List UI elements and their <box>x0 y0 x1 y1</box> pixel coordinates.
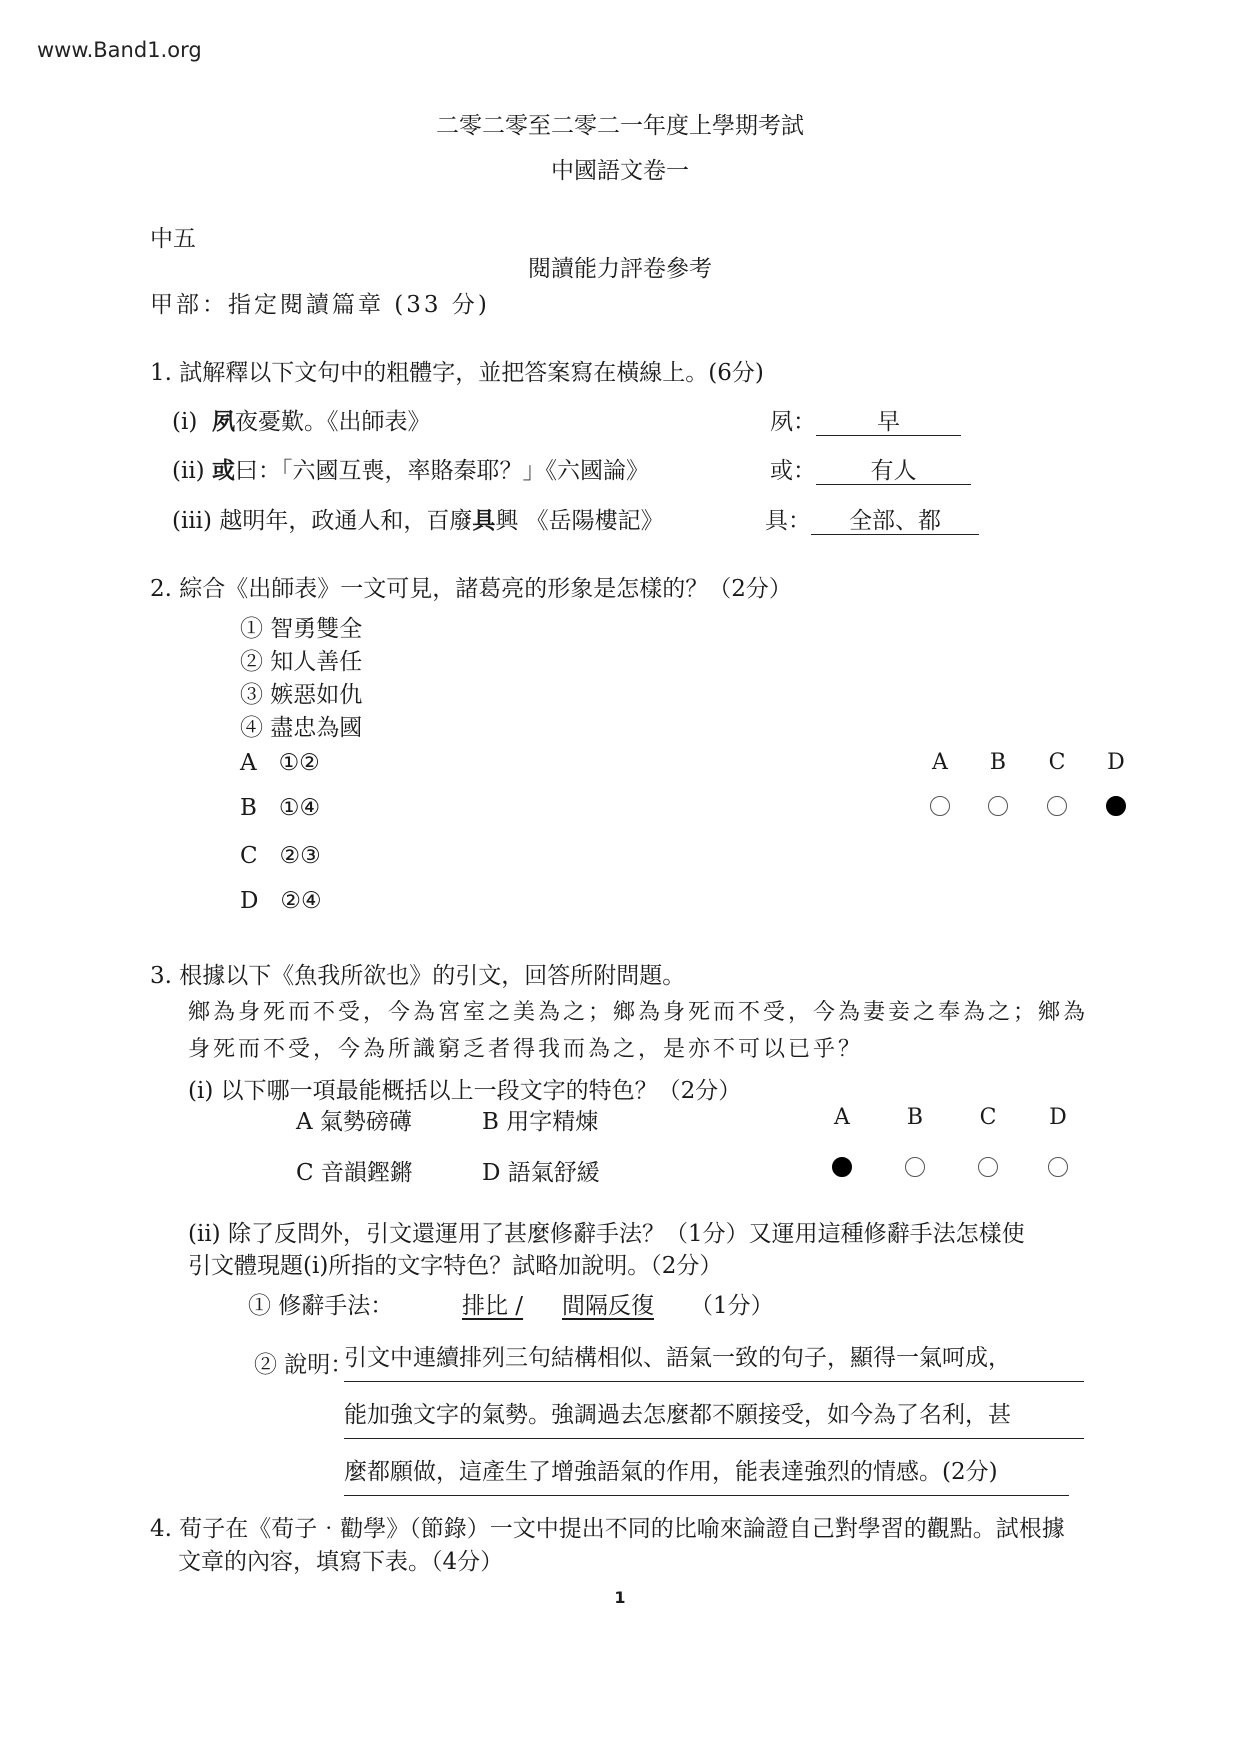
sentence: 曰：「六國互喪，率賂秦耶？」《六國論》 <box>235 458 649 484</box>
q2-bubble-c[interactable] <box>1047 796 1067 816</box>
item-number: (iii) <box>172 508 212 534</box>
q3i-bubble-label-d: D <box>1048 1105 1068 1130</box>
grade-label: 中五 <box>150 220 196 253</box>
answer-blank[interactable]: 早 <box>816 409 961 436</box>
q2-bubble-a[interactable] <box>930 796 950 816</box>
explanation-line-2: 能加強文字的氣勢。強調過去怎麼都不願接受，如今為了名利，甚 <box>344 1392 1084 1439</box>
bold-char: 夙 <box>212 408 235 435</box>
option-text: ②③ <box>280 843 321 869</box>
q3ii-technique-answer-1: 排比 / <box>462 1287 523 1320</box>
answer-label: 夙： <box>770 409 816 435</box>
q1-answer-3: 具：全部、都 <box>765 502 979 535</box>
q2-bubble-b[interactable] <box>988 796 1008 816</box>
q3i-option-c: C 音韻鏗鏘 <box>296 1154 413 1187</box>
q3i-option-d: D 語氣舒緩 <box>482 1154 600 1187</box>
q2-option-a: A ①② <box>240 750 320 776</box>
bold-char: 具 <box>472 507 495 534</box>
option-letter: B <box>240 795 257 821</box>
q2-bubble-label-d: D <box>1106 750 1126 775</box>
item-number: (i) <box>172 409 197 435</box>
q3-quote-line-1: 鄉為身死而不受，今為宮室之美為之；鄉為身死而不受，今為妻妾之奉為之；鄉為 <box>188 995 1088 1026</box>
answer-blank[interactable]: 有人 <box>816 458 971 485</box>
q3ii-technique-label: ① 修辭手法： <box>248 1287 393 1320</box>
website-watermark: www.Band1.org <box>37 38 202 62</box>
q2-statement-1: ① 智勇雙全 <box>240 610 362 643</box>
q3i-stem: (i) 以下哪一項最能概括以上一段文字的特色？（2分） <box>188 1072 741 1105</box>
q1-answer-1: 夙：早 <box>770 403 961 436</box>
q2-bubble-label-a: A <box>930 750 950 775</box>
option-text: ①② <box>279 750 320 776</box>
q3i-bubble-label-a: A <box>832 1105 852 1130</box>
explanation-line-1: 引文中連續排列三句結構相似、語氣一致的句子，顯得一氣呵成， <box>344 1335 1084 1382</box>
q2-bubble-label-c: C <box>1047 750 1067 775</box>
q2-option-b: B ①④ <box>240 795 320 821</box>
answer-label: 具： <box>765 508 811 534</box>
q2-statement-4: ④ 盡忠為國 <box>240 709 362 742</box>
q2-statement-3: ③ 嫉惡如仇 <box>240 676 362 709</box>
q2-option-d: D ②④ <box>240 888 322 914</box>
sentence: 興 《岳陽樓記》 <box>495 508 663 534</box>
q2-statement-2: ② 知人善任 <box>240 643 362 676</box>
q1-item-1: (i) 夙夜憂歎。《出師表》 <box>172 403 430 436</box>
q3ii-stem-line-2: 引文體現題(i)所指的文字特色？試略加說明。（2分） <box>188 1247 722 1280</box>
q3ii-technique-marks: （1分） <box>690 1287 774 1320</box>
q2-bubble-d-selected[interactable] <box>1106 796 1126 816</box>
q3i-bubble-a-selected[interactable] <box>832 1157 852 1177</box>
paper-title: 中國語文卷一 <box>0 152 1240 185</box>
q3ii-explain-label: ② 說明： <box>254 1346 353 1379</box>
option-text: ②④ <box>280 888 321 914</box>
page-number: 1 <box>0 1588 1240 1607</box>
q3i-bubble-d[interactable] <box>1048 1157 1068 1177</box>
q3i-bubble-label-c: C <box>978 1105 998 1130</box>
q3ii-stem-line-1: (ii) 除了反問外，引文還運用了甚麼修辭手法？（1分）又運用這種修辭手法怎樣使 <box>188 1215 1025 1248</box>
q1-answer-2: 或：有人 <box>770 452 971 485</box>
q3i-bubble-b[interactable] <box>905 1157 925 1177</box>
q3ii-explanation: 引文中連續排列三句結構相似、語氣一致的句子，顯得一氣呵成， 能加強文字的氣勢。強… <box>344 1335 1084 1496</box>
item-number: (ii) <box>172 458 205 484</box>
option-letter: C <box>240 843 258 869</box>
option-text: ①④ <box>279 795 320 821</box>
exam-title: 二零二零至二零二一年度上學期考試 <box>0 107 1240 140</box>
answer-label: 或： <box>770 458 816 484</box>
section-title: 甲部：指定閱讀篇章 (33 分) <box>150 286 490 319</box>
q3-quote-line-2: 身死而不受，今為所識窮乏者得我而為之，是亦不可以已乎？ <box>188 1032 863 1063</box>
bold-char: 或 <box>212 457 235 484</box>
q4-stem-line-2: 文章的內容，填寫下表。（4分） <box>178 1543 503 1576</box>
q3ii-technique-answer-2: 間隔反復 <box>562 1287 654 1320</box>
q3-stem: 3. 根據以下《魚我所欲也》的引文，回答所附問題。 <box>150 957 685 990</box>
q2-stem: 2. 綜合《出師表》一文可見，諸葛亮的形象是怎樣的？（2分） <box>150 570 792 603</box>
sentence-pre: 越明年，政通人和，百廢 <box>219 508 472 534</box>
q3i-bubble-label-b: B <box>905 1105 925 1130</box>
option-letter: A <box>240 750 257 776</box>
marking-scheme-title: 閱讀能力評卷參考 <box>0 250 1240 283</box>
q3i-option-a: A 氣勢磅礡 <box>296 1103 412 1136</box>
explanation-line-3: 麼都願做，這產生了增強語氣的作用，能表達強烈的情感。(2分) <box>344 1449 1069 1496</box>
q2-option-c: C ②③ <box>240 843 321 869</box>
q2-bubble-label-b: B <box>988 750 1008 775</box>
q4-stem-line-1: 4. 荀子在《荀子‧勸學》（節錄）一文中提出不同的比喻來論證自己對學習的觀點。試… <box>150 1510 1065 1543</box>
q3i-option-b: B 用字精煉 <box>482 1103 598 1136</box>
q3i-bubble-c[interactable] <box>978 1157 998 1177</box>
q1-stem: 1. 試解釋以下文句中的粗體字，並把答案寫在橫線上。(6分) <box>150 354 764 387</box>
q1-item-2: (ii) 或曰：「六國互喪，率賂秦耶？」《六國論》 <box>172 452 649 485</box>
option-letter: D <box>240 888 258 914</box>
q1-item-3: (iii) 越明年，政通人和，百廢具興 《岳陽樓記》 <box>172 502 664 535</box>
answer-blank[interactable]: 全部、都 <box>811 508 979 535</box>
sentence: 夜憂歎。《出師表》 <box>235 409 431 435</box>
